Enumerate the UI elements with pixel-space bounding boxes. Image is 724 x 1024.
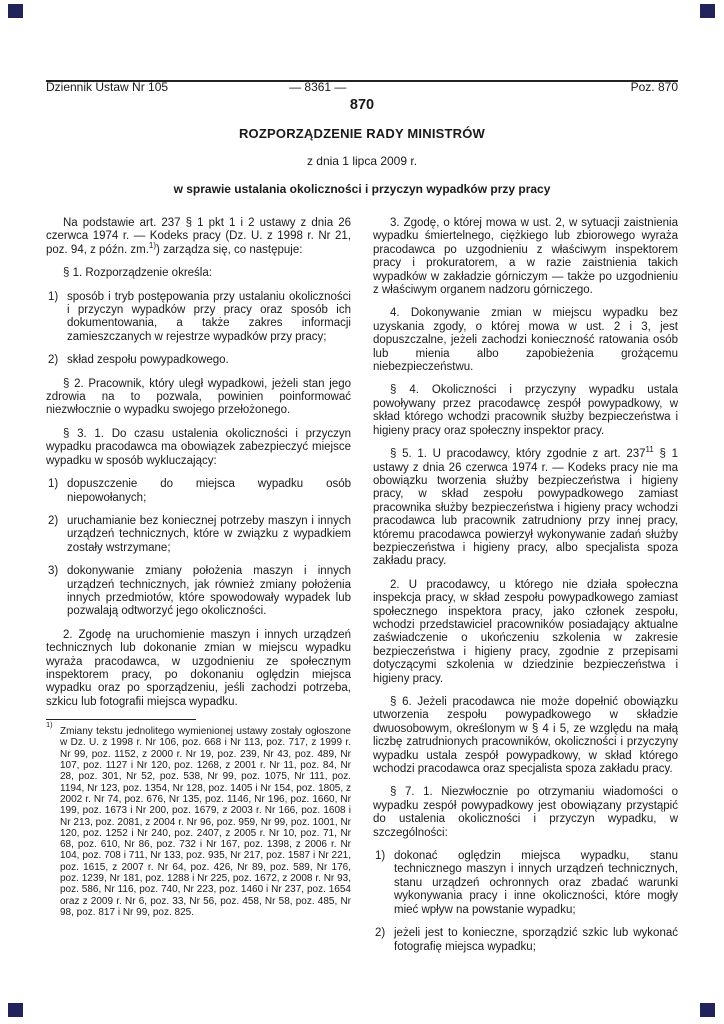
page-number: — 8361 — (289, 80, 346, 94)
list-item-marker: 2) (48, 515, 58, 528)
list-item: 1)sposób i tryb postępowania przy ustala… (46, 291, 351, 345)
paragraph: § 6. Jeżeli pracodawca nie może dopełnić… (373, 696, 678, 776)
corner-registration-mark (700, 4, 715, 18)
list-item-marker: 1) (48, 478, 58, 491)
act-title: ROZPORZĄDZENIE RADY MINISTRÓW (46, 126, 678, 141)
corner-registration-mark (700, 1003, 715, 1017)
right-column: 3. Zgodę, o której mowa w ust. 2, w sytu… (373, 217, 678, 964)
paragraph: 2. U pracodawcy, u którego nie działa sp… (373, 579, 678, 686)
list-item-marker: 1) (375, 850, 385, 863)
list-item: 2)skład zespołu powypadkowego. (46, 354, 351, 367)
footnote: 1) Zmiany tekstu jednolitego wymienionej… (46, 726, 351, 918)
right-column-blocks: 3. Zgodę, o której mowa w ust. 2, w sytu… (373, 217, 678, 954)
act-subject: w sprawie ustalania okoliczności i przyc… (46, 182, 678, 196)
text-columns: Na podstawie art. 237 § 1 pkt 1 i 2 usta… (46, 217, 678, 964)
position-label: Poz. 870 (631, 80, 678, 94)
paragraph: § 4. Okoliczności i przyczyny wypadku us… (373, 384, 678, 438)
paragraph: § 3. 1. Do czasu ustalenia okoliczności … (46, 428, 351, 468)
paragraph: 3. Zgodę, o której mowa w ust. 2, w sytu… (373, 217, 678, 297)
left-column: Na podstawie art. 237 § 1 pkt 1 i 2 usta… (46, 217, 351, 964)
list-item: 3)dokonywanie zmiany położenia maszyn i … (46, 565, 351, 619)
corner-registration-mark (8, 1003, 23, 1017)
list-item-marker: 1) (48, 291, 58, 304)
list-item-marker: 2) (375, 927, 385, 940)
page-header: Dziennik Ustaw Nr 105 — 8361 — Poz. 870 (46, 80, 678, 82)
journal-title: Dziennik Ustaw Nr 105 (46, 80, 168, 94)
act-number: 870 (46, 97, 678, 113)
document-page: Dziennik Ustaw Nr 105 — 8361 — Poz. 870 … (0, 0, 724, 1024)
list-item-marker: 2) (48, 354, 58, 367)
list-item: 2)jeżeli jest to konieczne, sporządzić s… (373, 927, 678, 954)
paragraph: 2. Zgodę na uruchomienie maszyn i innych… (46, 629, 351, 709)
paragraph: Na podstawie art. 237 § 1 pkt 1 i 2 usta… (46, 217, 351, 257)
corner-registration-mark (8, 4, 23, 18)
list-item: 1)dokonać oględzin miejsca wypadku, stan… (373, 850, 678, 917)
paragraph: 4. Dokonywanie zmian w miejscu wypadku b… (373, 307, 678, 374)
paragraph: § 7. 1. Niezwłocznie po otrzymaniu wiado… (373, 786, 678, 840)
list-item: 2)uruchamianie bez koniecznej potrzeby m… (46, 515, 351, 555)
paragraph: § 1. Rozporządzenie określa: (46, 267, 351, 280)
left-column-blocks: Na podstawie art. 237 § 1 pkt 1 i 2 usta… (46, 217, 351, 709)
footnote-text: Zmiany tekstu jednolitego wymienionej us… (60, 726, 351, 918)
list-item: 1)dopuszczenie do miejsca wypadku osób n… (46, 478, 351, 505)
act-date: z dnia 1 lipca 2009 r. (46, 154, 678, 168)
act-title-block: 870 ROZPORZĄDZENIE RADY MINISTRÓW z dnia… (46, 97, 678, 196)
paragraph: § 5. 1. U pracodawcy, który zgodnie z ar… (373, 448, 678, 569)
footnote-rule (46, 719, 196, 720)
list-item-marker: 3) (48, 565, 58, 578)
paragraph: § 2. Pracownik, który uległ wypadkowi, j… (46, 378, 351, 418)
